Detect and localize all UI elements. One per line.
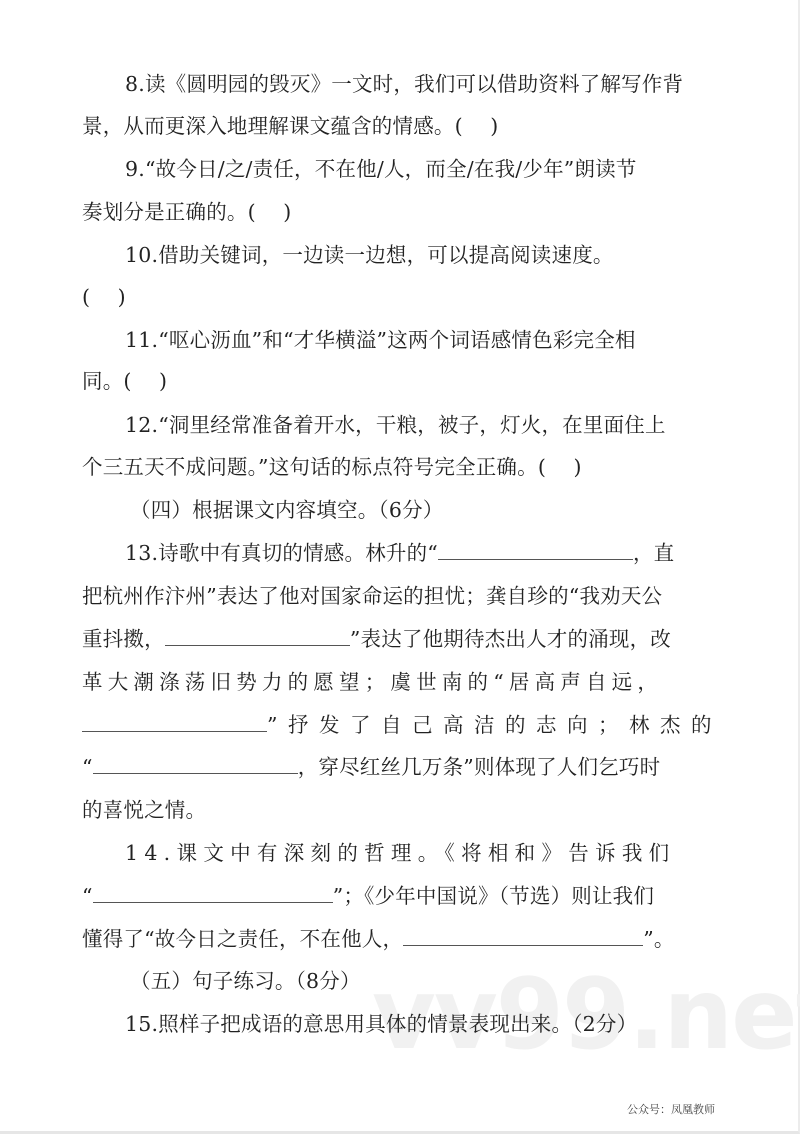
answer-blank-1[interactable] bbox=[438, 541, 633, 560]
question-number: 13. bbox=[125, 541, 158, 565]
question-12-line-1: 12.“洞里经常准备着开水，干粮，被子，灯火，在里面住上 bbox=[125, 410, 708, 440]
question-number: 10. bbox=[125, 243, 158, 267]
answer-blank-6[interactable] bbox=[403, 927, 643, 946]
question-13-line-1: 13.诗歌中有真切的情感。林升的“，直 bbox=[125, 538, 708, 568]
question-9-line-2: 奏划分是正确的。( ) bbox=[82, 197, 708, 227]
question-12-line-2: 个三五天不成问题。”这句话的标点符号完全正确。( ) bbox=[82, 452, 708, 482]
question-13-line-6: “，穿尽红丝几万条”则体现了人们乞巧时 bbox=[82, 752, 708, 782]
question-11-line-1: 11.“呕心沥血”和“才华横溢”这两个词语感情色彩完全相 bbox=[125, 325, 708, 355]
section-4-heading: （四）根据课文内容填空。（6分） bbox=[130, 495, 756, 525]
question-text: “ bbox=[82, 884, 93, 908]
question-text: ”表达了他期待杰出人才的涌现，改 bbox=[350, 627, 671, 651]
question-number: 12. bbox=[125, 413, 158, 437]
question-8-line-2: 景，从而更深入地理解课文蕴含的情感。( ) bbox=[82, 111, 708, 141]
question-14-line-1: 14.课文中有深刻的哲理。《将相和》告诉我们 bbox=[125, 838, 708, 868]
question-text: ，穿尽红丝几万条”则体现了人们乞巧时 bbox=[298, 755, 661, 779]
question-number: 9. bbox=[125, 157, 145, 181]
question-text: “故今日/之/责任，不在他/人，而全/在我/少年”朗读节 bbox=[145, 157, 637, 181]
question-text: 懂得了“故今日之责任，不在他人， bbox=[82, 927, 403, 951]
document-content: 8.读《圆明园的毁灭》一文时，我们可以借助资料了解写作背 景，从而更深入地理解课… bbox=[0, 0, 800, 1137]
question-15: 15.照样子把成语的意思用具体的情景表现出来。（2分） bbox=[125, 1009, 708, 1039]
section-5-heading: （五）句子练习。（8分） bbox=[130, 966, 756, 996]
question-14-line-2: “”；《少年中国说》（节选）则让我们 bbox=[82, 881, 708, 911]
question-number: 11. bbox=[125, 328, 158, 352]
question-number: 15. bbox=[125, 1012, 158, 1036]
question-13-line-4: 革大潮涤荡旧势力的愿望；虞世南的“居高声自远， bbox=[82, 667, 708, 697]
question-13-line-5: ”抒发了自己高洁的志向；林杰的 bbox=[82, 710, 708, 740]
question-13-line-2: 把杭州作汴州”表达了他对国家命运的担忧；龚自珍的“我劝天公 bbox=[82, 581, 708, 611]
answer-blank-4[interactable] bbox=[93, 755, 298, 774]
question-14-line-3: 懂得了“故今日之责任，不在他人，”。 bbox=[82, 924, 708, 954]
answer-blank-5[interactable] bbox=[93, 884, 333, 903]
question-number: 14. bbox=[125, 841, 177, 865]
question-10-line-1: 10.借助关键词，一边读一边想，可以提高阅读速度。 bbox=[125, 240, 708, 270]
question-text: 诗歌中有真切的情感。林升的“ bbox=[158, 541, 438, 565]
question-text: 重抖擞， bbox=[82, 627, 165, 651]
question-text: ，直 bbox=[633, 541, 674, 565]
question-text: ”抒发了自己高洁的志向；林杰的 bbox=[267, 713, 722, 737]
question-10-line-2: ( ) bbox=[82, 282, 708, 312]
question-text: 照样子把成语的意思用具体的情景表现出来。（2分） bbox=[158, 1012, 637, 1036]
answer-blank-3[interactable] bbox=[82, 713, 267, 732]
question-9-line-1: 9.“故今日/之/责任，不在他/人，而全/在我/少年”朗读节 bbox=[125, 154, 708, 184]
question-8-line-1: 8.读《圆明园的毁灭》一文时，我们可以借助资料了解写作背 bbox=[125, 69, 708, 99]
question-text: “ bbox=[82, 755, 93, 779]
question-text: “洞里经常准备着开水，干粮，被子，灯火，在里面住上 bbox=[158, 413, 665, 437]
question-text: 课文中有深刻的哲理。《将相和》告诉我们 bbox=[177, 841, 676, 865]
question-number: 8. bbox=[125, 72, 145, 96]
question-text: ”；《少年中国说》（节选）则让我们 bbox=[333, 884, 654, 908]
answer-blank-2[interactable] bbox=[165, 627, 350, 646]
question-text: ”。 bbox=[643, 927, 674, 951]
question-text: “呕心沥血”和“才华横溢”这两个词语感情色彩完全相 bbox=[158, 328, 635, 352]
question-text: 借助关键词，一边读一边想，可以提高阅读速度。 bbox=[158, 243, 613, 267]
question-13-line-3: 重抖擞，”表达了他期待杰出人才的涌现，改 bbox=[82, 624, 708, 654]
question-11-line-2: 同。( ) bbox=[82, 366, 708, 396]
question-13-line-7: 的喜悦之情。 bbox=[82, 795, 708, 825]
footer-credit: 公众号：凤凰教师 bbox=[627, 1102, 715, 1118]
question-text: 读《圆明园的毁灭》一文时，我们可以借助资料了解写作背 bbox=[145, 72, 683, 96]
